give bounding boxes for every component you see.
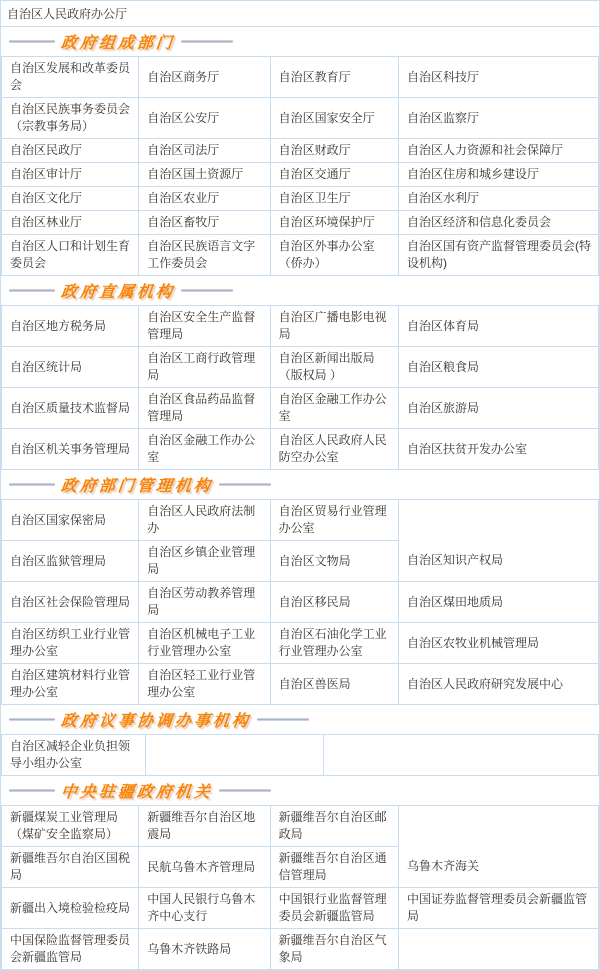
header-line-left-icon	[9, 40, 55, 43]
section-title: 政府部门管理机构	[58, 473, 216, 496]
section-header: 政府议事协调办事机构	[1, 705, 599, 734]
department-cell: 自治区石油化学工业行业管理办公室	[270, 623, 398, 664]
department-cell: 自治区审计厅	[2, 163, 139, 187]
department-cell: 自治区人民政府法制办	[139, 500, 270, 541]
department-cell: 自治区人民政府人民防空办公室	[270, 429, 398, 470]
department-link[interactable]: 自治区减轻企业负担领导小组办公室	[10, 739, 130, 770]
department-cell: 自治区乡镇企业管理局	[139, 541, 270, 582]
department-cell: 自治区国有资产监督管理委员会(特设机构)	[398, 235, 598, 276]
department-cell: 自治区国土资源厅	[139, 163, 270, 187]
department-link[interactable]: 民航乌鲁木齐管理局	[147, 860, 255, 874]
table-row: 自治区地方税务局自治区安全生产监督管理局自治区广播电影电视局自治区体育局	[2, 306, 599, 347]
department-table: 自治区发展和改革委员会自治区商务厅自治区教育厅自治区科技厅自治区民族事务委员会（…	[1, 56, 599, 276]
section: 中央驻疆政府机关新疆煤炭工业管理局（煤矿安全监察局）新疆维吾尔自治区地震局新疆维…	[1, 776, 599, 970]
department-cell: 自治区贸易行业管理办公室	[270, 500, 398, 541]
department-cell: 自治区减轻企业负担领导小组办公室	[2, 735, 146, 776]
department-link[interactable]: 自治区广播电影电视局	[279, 310, 387, 341]
department-cell: 自治区体育局	[398, 306, 598, 347]
department-link[interactable]: 新疆维吾尔自治区地震局	[147, 810, 255, 841]
department-cell: 自治区人力资源和社会保障厅	[398, 139, 598, 163]
department-cell: 自治区扶贫开发办公室	[398, 429, 598, 470]
department-cell	[398, 806, 598, 847]
department-cell: 自治区工商行政管理局	[139, 347, 270, 388]
header-line-right-icon	[181, 40, 233, 43]
department-cell: 自治区畜牧厅	[139, 211, 270, 235]
department-link[interactable]: 自治区金融工作办公室	[279, 392, 387, 423]
department-link[interactable]: 自治区石油化学工业行业管理办公室	[279, 627, 387, 658]
department-cell: 中国银行业监督管理委员会新疆监管局	[270, 888, 398, 929]
office-bar: 自治区人民政府办公厅	[1, 1, 599, 27]
department-cell: 自治区轻工业行业管理办公室	[139, 664, 270, 705]
department-link[interactable]: 自治区安全生产监督管理局	[147, 310, 255, 341]
department-cell: 自治区农牧业机械管理局	[398, 623, 598, 664]
department-link[interactable]: 自治区纺织工业行业管理办公室	[10, 627, 130, 658]
department-cell: 自治区财政厅	[270, 139, 398, 163]
department-cell: 自治区环境保护厅	[270, 211, 398, 235]
department-cell: 自治区人口和计划生育委员会	[2, 235, 139, 276]
department-link[interactable]: 自治区住房和城乡建设厅	[407, 167, 539, 181]
department-link[interactable]: 自治区国家保密局	[10, 513, 106, 527]
department-link[interactable]: 自治区审计厅	[10, 167, 82, 181]
department-link[interactable]: 乌鲁木齐铁路局	[147, 942, 231, 956]
department-cell: 新疆维吾尔自治区通信管理局	[270, 847, 398, 888]
department-cell: 自治区纺织工业行业管理办公室	[2, 623, 139, 664]
department-link[interactable]: 乌鲁木齐海关	[407, 859, 479, 873]
department-cell: 自治区劳动教养管理局	[139, 582, 270, 623]
section: 政府直属机构自治区地方税务局自治区安全生产监督管理局自治区广播电影电视局自治区体…	[1, 276, 599, 470]
department-cell: 自治区安全生产监督管理局	[139, 306, 270, 347]
department-link[interactable]: 自治区林业厅	[10, 215, 82, 229]
table-row: 新疆煤炭工业管理局（煤矿安全监察局）新疆维吾尔自治区地震局新疆维吾尔自治区邮政局	[2, 806, 599, 847]
department-cell: 自治区机关事务管理局	[2, 429, 139, 470]
department-cell: 自治区科技厅	[398, 57, 598, 98]
department-link[interactable]: 新疆维吾尔自治区国税局	[10, 851, 130, 882]
section-header: 政府部门管理机构	[1, 470, 599, 499]
department-link[interactable]: 自治区监狱管理局	[10, 554, 106, 568]
department-link[interactable]: 自治区旅游局	[407, 401, 479, 415]
department-cell: 自治区统计局	[2, 347, 139, 388]
header-line-left-icon	[9, 718, 55, 721]
sections-container: 政府组成部门自治区发展和改革委员会自治区商务厅自治区教育厅自治区科技厅自治区民族…	[1, 27, 599, 970]
department-link[interactable]: 自治区社会保险管理局	[10, 595, 130, 609]
department-link[interactable]: 自治区移民局	[279, 595, 351, 609]
department-cell: 自治区经济和信息化委员会	[398, 211, 598, 235]
department-cell: 自治区监察厅	[398, 98, 598, 139]
department-cell: 自治区文物局	[270, 541, 398, 582]
section: 政府部门管理机构自治区国家保密局自治区人民政府法制办自治区贸易行业管理办公室 自…	[1, 470, 599, 705]
table-row: 自治区社会保险管理局自治区劳动教养管理局自治区移民局自治区煤田地质局	[2, 582, 599, 623]
department-link[interactable]: 自治区监察厅	[407, 111, 479, 125]
department-link[interactable]: 自治区机械电子工业行业管理办公室	[147, 627, 255, 658]
department-link[interactable]: 新疆煤炭工业管理局（煤矿安全监察局）	[10, 810, 118, 841]
header-line-right-icon	[219, 789, 271, 792]
department-link[interactable]: 自治区民族事务委员会（宗教事务局）	[10, 102, 130, 133]
department-link[interactable]: 自治区外事办公室（侨办）	[279, 239, 375, 270]
department-cell: 自治区公安厅	[139, 98, 270, 139]
department-link[interactable]: 自治区统计局	[10, 360, 82, 374]
table-row: 自治区统计局自治区工商行政管理局自治区新闻出版局（版权局 ）自治区粮食局	[2, 347, 599, 388]
section-header: 政府直属机构	[1, 276, 599, 305]
table-row: 自治区文化厅自治区农业厅自治区卫生厅自治区水利厅	[2, 187, 599, 211]
department-cell: 自治区商务厅	[139, 57, 270, 98]
department-link[interactable]: 自治区文化厅	[10, 191, 82, 205]
department-link[interactable]: 中国银行业监督管理委员会新疆监管局	[279, 892, 387, 923]
department-link[interactable]: 自治区知识产权局	[407, 553, 503, 567]
department-cell: 新疆维吾尔自治区地震局	[139, 806, 270, 847]
header-line-right-icon	[181, 289, 233, 292]
table-row: 新疆维吾尔自治区国税局民航乌鲁木齐管理局新疆维吾尔自治区通信管理局乌鲁木齐海关	[2, 847, 599, 888]
department-link[interactable]: 自治区畜牧厅	[147, 215, 219, 229]
table-row: 自治区国家保密局自治区人民政府法制办自治区贸易行业管理办公室	[2, 500, 599, 541]
department-link[interactable]: 自治区新闻出版局（版权局 ）	[279, 351, 375, 382]
department-cell: 自治区人民政府研究发展中心	[398, 664, 598, 705]
table-row: 新疆出入境检验检疫局中国人民银行乌鲁木齐中心支行中国银行业监督管理委员会新疆监管…	[2, 888, 599, 929]
department-link[interactable]: 自治区卫生厅	[279, 191, 351, 205]
department-cell: 新疆维吾尔自治区邮政局	[270, 806, 398, 847]
department-link[interactable]: 自治区财政厅	[279, 143, 351, 157]
department-link[interactable]: 自治区劳动教养管理局	[147, 586, 255, 617]
department-link[interactable]: 自治区体育局	[407, 319, 479, 333]
department-cell: 自治区林业厅	[2, 211, 139, 235]
department-link[interactable]: 自治区发展和改革委员会	[10, 61, 130, 92]
header-line-right-icon	[219, 483, 271, 486]
department-cell: 自治区卫生厅	[270, 187, 398, 211]
department-link[interactable]: 自治区水利厅	[407, 191, 479, 205]
department-table: 自治区地方税务局自治区安全生产监督管理局自治区广播电影电视局自治区体育局自治区统…	[1, 305, 599, 470]
department-link[interactable]: 自治区人口和计划生育委员会	[10, 239, 130, 270]
department-link[interactable]: 自治区司法厅	[147, 143, 219, 157]
department-link[interactable]: 自治区人力资源和社会保障厅	[407, 143, 563, 157]
department-link[interactable]: 自治区人民政府法制办	[147, 504, 255, 535]
department-link[interactable]: 自治区粮食局	[407, 360, 479, 374]
office-link[interactable]: 自治区人民政府办公厅	[7, 7, 127, 21]
department-link[interactable]: 自治区扶贫开发办公室	[407, 442, 527, 456]
department-link[interactable]: 自治区煤田地质局	[407, 595, 503, 609]
department-link[interactable]: 自治区工商行政管理局	[147, 351, 255, 382]
department-link[interactable]: 自治区兽医局	[279, 677, 351, 691]
table-row: 自治区纺织工业行业管理办公室自治区机械电子工业行业管理办公室自治区石油化学工业行…	[2, 623, 599, 664]
department-link[interactable]: 自治区交通厅	[279, 167, 351, 181]
table-row: 自治区民族事务委员会（宗教事务局）自治区公安厅自治区国家安全厅自治区监察厅	[2, 98, 599, 139]
department-cell: 自治区粮食局	[398, 347, 598, 388]
department-cell: 自治区兽医局	[270, 664, 398, 705]
department-cell: 自治区民族语言文字工作委员会	[139, 235, 270, 276]
department-link[interactable]: 自治区科技厅	[407, 70, 479, 84]
department-link[interactable]: 自治区人民政府人民防空办公室	[279, 433, 387, 464]
department-cell: 自治区质量技术监督局	[2, 388, 139, 429]
department-link[interactable]: 自治区轻工业行业管理办公室	[147, 668, 255, 699]
department-cell: 中国保险监督管理委员会新疆监管局	[2, 929, 139, 970]
section-title: 中央驻疆政府机关	[58, 779, 216, 802]
department-link[interactable]: 新疆维吾尔自治区通信管理局	[279, 851, 387, 882]
department-link[interactable]: 中国人民银行乌鲁木齐中心支行	[147, 892, 255, 923]
department-cell: 新疆维吾尔自治区国税局	[2, 847, 139, 888]
department-link[interactable]: 中国保险监督管理委员会新疆监管局	[10, 933, 130, 964]
department-cell: 自治区司法厅	[139, 139, 270, 163]
department-cell: 民航乌鲁木齐管理局	[139, 847, 270, 888]
department-cell	[324, 735, 599, 776]
department-cell: 自治区旅游局	[398, 388, 598, 429]
section-title: 政府议事协调办事机构	[58, 708, 254, 731]
department-cell: 自治区移民局	[270, 582, 398, 623]
department-cell: 自治区教育厅	[270, 57, 398, 98]
department-link[interactable]: 自治区农业厅	[147, 191, 219, 205]
department-cell: 乌鲁木齐铁路局	[139, 929, 270, 970]
section-title: 政府直属机构	[58, 279, 178, 302]
department-link[interactable]: 自治区国家安全厅	[279, 111, 375, 125]
department-cell: 自治区知识产权局	[398, 541, 598, 582]
government-directory-page: 自治区人民政府办公厅 政府组成部门自治区发展和改革委员会自治区商务厅自治区教育厅…	[0, 0, 600, 971]
department-cell: 自治区国家安全厅	[270, 98, 398, 139]
table-row: 自治区监狱管理局自治区乡镇企业管理局自治区文物局自治区知识产权局	[2, 541, 599, 582]
department-link[interactable]: 自治区公安厅	[147, 111, 219, 125]
department-link[interactable]: 新疆维吾尔自治区邮政局	[279, 810, 387, 841]
department-link[interactable]: 自治区民族语言文字工作委员会	[147, 239, 255, 270]
section: 政府组成部门自治区发展和改革委员会自治区商务厅自治区教育厅自治区科技厅自治区民族…	[1, 27, 599, 276]
table-row: 自治区审计厅自治区国土资源厅自治区交通厅自治区住房和城乡建设厅	[2, 163, 599, 187]
department-link[interactable]: 自治区农牧业机械管理局	[407, 636, 539, 650]
department-link[interactable]: 自治区教育厅	[279, 70, 351, 84]
table-row: 自治区质量技术监督局自治区食品药品监督管理局自治区金融工作办公室自治区旅游局	[2, 388, 599, 429]
department-link[interactable]: 自治区建筑材料行业管理办公室	[10, 668, 130, 699]
department-cell: 自治区监狱管理局	[2, 541, 139, 582]
department-link[interactable]: 自治区国有资产监督管理委员会(特设机构)	[407, 239, 591, 270]
department-link[interactable]: 自治区文物局	[279, 554, 351, 568]
department-link[interactable]: 自治区商务厅	[147, 70, 219, 84]
department-link[interactable]: 自治区民政厅	[10, 143, 82, 157]
department-cell: 自治区金融工作办公室	[139, 429, 270, 470]
department-cell: 新疆煤炭工业管理局（煤矿安全监察局）	[2, 806, 139, 847]
department-link[interactable]: 自治区质量技术监督局	[10, 401, 130, 415]
department-link[interactable]: 新疆维吾尔自治区气象局	[279, 933, 387, 964]
department-cell: 自治区民政厅	[2, 139, 139, 163]
section: 政府议事协调办事机构自治区减轻企业负担领导小组办公室	[1, 705, 599, 776]
department-cell	[398, 500, 598, 541]
department-link[interactable]: 中国证券监督管理委员会新疆监管局	[407, 892, 587, 923]
department-cell: 新疆维吾尔自治区气象局	[270, 929, 398, 970]
department-table: 自治区减轻企业负担领导小组办公室	[1, 734, 599, 776]
department-table: 新疆煤炭工业管理局（煤矿安全监察局）新疆维吾尔自治区地震局新疆维吾尔自治区邮政局…	[1, 805, 599, 970]
table-row: 自治区减轻企业负担领导小组办公室	[2, 735, 599, 776]
section-header: 政府组成部门	[1, 27, 599, 56]
department-table: 自治区国家保密局自治区人民政府法制办自治区贸易行业管理办公室 自治区监狱管理局自…	[1, 499, 599, 705]
section-title: 政府组成部门	[58, 30, 178, 53]
table-row: 自治区林业厅自治区畜牧厅自治区环境保护厅自治区经济和信息化委员会	[2, 211, 599, 235]
department-cell: 自治区民族事务委员会（宗教事务局）	[2, 98, 139, 139]
department-link[interactable]: 自治区经济和信息化委员会	[407, 215, 551, 229]
department-link[interactable]: 自治区食品药品监督管理局	[147, 392, 255, 423]
department-link[interactable]: 自治区金融工作办公室	[147, 433, 255, 464]
department-cell: 自治区社会保险管理局	[2, 582, 139, 623]
section-header: 中央驻疆政府机关	[1, 776, 599, 805]
department-link[interactable]: 新疆出入境检验检疫局	[10, 901, 130, 915]
department-link[interactable]: 自治区地方税务局	[10, 319, 106, 333]
table-row: 自治区发展和改革委员会自治区商务厅自治区教育厅自治区科技厅	[2, 57, 599, 98]
department-cell: 自治区广播电影电视局	[270, 306, 398, 347]
department-cell: 自治区文化厅	[2, 187, 139, 211]
department-cell: 自治区国家保密局	[2, 500, 139, 541]
department-cell: 新疆出入境检验检疫局	[2, 888, 139, 929]
department-link[interactable]: 自治区机关事务管理局	[10, 442, 130, 456]
table-row: 自治区建筑材料行业管理办公室自治区轻工业行业管理办公室自治区兽医局自治区人民政府…	[2, 664, 599, 705]
department-cell: 自治区交通厅	[270, 163, 398, 187]
department-cell: 自治区新闻出版局（版权局 ）	[270, 347, 398, 388]
department-cell: 自治区发展和改革委员会	[2, 57, 139, 98]
header-line-left-icon	[9, 483, 55, 486]
header-line-left-icon	[9, 789, 55, 792]
department-cell: 自治区水利厅	[398, 187, 598, 211]
table-row: 自治区人口和计划生育委员会自治区民族语言文字工作委员会自治区外事办公室（侨办）自…	[2, 235, 599, 276]
department-cell	[146, 735, 324, 776]
department-link[interactable]: 自治区国土资源厅	[147, 167, 243, 181]
department-cell: 中国人民银行乌鲁木齐中心支行	[139, 888, 270, 929]
department-cell: 自治区农业厅	[139, 187, 270, 211]
department-link[interactable]: 自治区乡镇企业管理局	[147, 545, 255, 576]
department-cell: 自治区煤田地质局	[398, 582, 598, 623]
department-cell: 自治区住房和城乡建设厅	[398, 163, 598, 187]
department-cell: 自治区地方税务局	[2, 306, 139, 347]
department-cell: 中国证券监督管理委员会新疆监管局	[398, 888, 598, 929]
department-cell: 自治区食品药品监督管理局	[139, 388, 270, 429]
department-link[interactable]: 自治区环境保护厅	[279, 215, 375, 229]
table-row: 中国保险监督管理委员会新疆监管局乌鲁木齐铁路局新疆维吾尔自治区气象局	[2, 929, 599, 970]
department-cell: 自治区金融工作办公室	[270, 388, 398, 429]
table-row: 自治区机关事务管理局自治区金融工作办公室自治区人民政府人民防空办公室自治区扶贫开…	[2, 429, 599, 470]
department-cell: 自治区建筑材料行业管理办公室	[2, 664, 139, 705]
department-cell: 自治区外事办公室（侨办）	[270, 235, 398, 276]
department-cell: 乌鲁木齐海关	[398, 847, 598, 888]
table-row: 自治区民政厅自治区司法厅自治区财政厅自治区人力资源和社会保障厅	[2, 139, 599, 163]
header-line-left-icon	[9, 289, 55, 292]
department-cell: 自治区机械电子工业行业管理办公室	[139, 623, 270, 664]
department-cell	[398, 929, 598, 970]
department-link[interactable]: 自治区人民政府研究发展中心	[407, 677, 563, 691]
header-line-right-icon	[257, 718, 309, 721]
department-link[interactable]: 自治区贸易行业管理办公室	[279, 504, 387, 535]
